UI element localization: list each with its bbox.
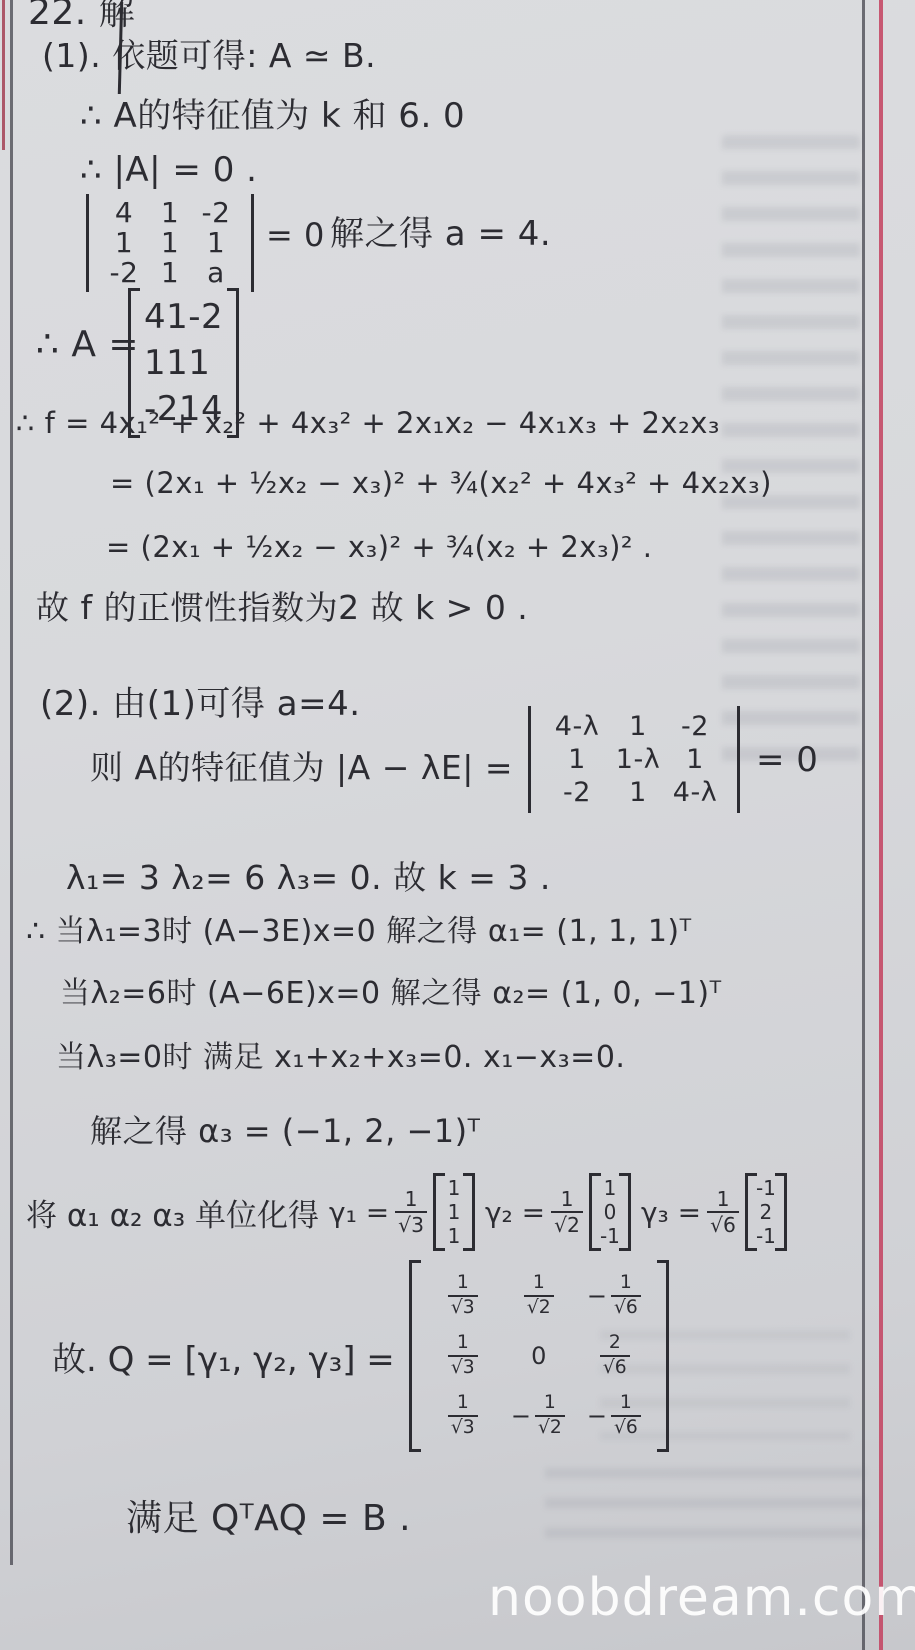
fraction: 1√6: [611, 1394, 641, 1437]
gamma-label: γ₃ =: [641, 1196, 701, 1229]
matrix-cell: -2: [665, 710, 725, 743]
vector-entry: 1: [443, 1176, 465, 1200]
matrix-row: 1√302√6: [425, 1326, 653, 1386]
inertia-conclusion: 故 f 的正惯性指数为2 故 k > 0 .: [36, 582, 528, 629]
matrix-cell: 1: [147, 258, 193, 288]
notebook-page: 22. 解 (1). 依题可得: A ≃ B. ∴ A的特征值为 k 和 6. …: [0, 0, 915, 1650]
step-det-zero: ∴ |A| = 0 .: [80, 150, 257, 190]
matrix-cell: 1√2: [501, 1266, 577, 1326]
final-conclusion: 满足 QᵀAQ = B .: [126, 1490, 411, 1541]
a-equals-label: ∴ A =: [36, 324, 139, 365]
char-poly-intro: 则 A的特征值为 |A − λE| =: [90, 742, 513, 789]
matrix-cell: 1-λ: [611, 743, 665, 776]
vector-entry: -1: [599, 1224, 621, 1248]
right-page-edge-line: [862, 0, 865, 1650]
eigenvalue-results: λ₁= 3 λ₂= 6 λ₃= 0. 故 k = 3 .: [66, 852, 551, 899]
matrix-q: 1√31√2−1√61√302√61√3−1√2−1√6: [409, 1260, 669, 1452]
vector-entry: 2: [755, 1200, 777, 1224]
matrix-row: 11-λ1: [543, 743, 725, 776]
matrix-row: 4-λ1-2: [543, 710, 725, 743]
eigenvector-case2: 当λ₂=6时 (A−6E)x=0 解之得 α₂= (1, 0, −1)ᵀ: [60, 968, 722, 1012]
matrix-cell: 1: [101, 228, 147, 258]
watermark: noobdream.com: [488, 1568, 915, 1628]
matrix-cell: 1: [193, 228, 239, 258]
vector-entry: 1: [443, 1200, 465, 1224]
gamma-label: γ₁ =: [329, 1196, 389, 1229]
column-vector: 10-1: [589, 1173, 631, 1251]
f-complete-square-2: = (2x₁ + ½x₂ − x₃)² + ¾(x₂ + 2x₃)² .: [106, 530, 652, 564]
part2-intro: (2). 由(1)可得 a=4.: [40, 676, 361, 725]
char-poly-equals-zero: = 0: [756, 740, 818, 780]
matrix-cell: 1: [611, 710, 665, 743]
matrix-cell: 1: [166, 343, 188, 383]
matrix-cell: 1: [166, 297, 188, 337]
matrix-cell: 2√6: [577, 1326, 653, 1386]
column-vector: 111: [433, 1173, 475, 1251]
bleed-through-marks: [545, 1468, 865, 1554]
matrix-row: 41-2: [144, 294, 223, 340]
matrix-cell: 1: [611, 776, 665, 809]
fraction: 1√2: [524, 1274, 554, 1317]
matrix-cell: 1: [144, 343, 166, 383]
q-matrix-row: 故. Q = [γ₁, γ₂, γ₃] = 1√31√2−1√61√302√61…: [52, 1258, 669, 1454]
matrix-cell: −1√6: [577, 1266, 653, 1326]
vector-entry: 1: [599, 1176, 621, 1200]
fraction: 1√3: [448, 1334, 478, 1377]
gamma-vector: γ₂ =1√210-1: [485, 1173, 631, 1251]
matrix-cell: -2: [101, 258, 147, 288]
matrix-row: 1√3−1√2−1√6: [425, 1386, 653, 1446]
matrix-cell: 1: [543, 743, 611, 776]
matrix-row: -214-λ: [543, 776, 725, 809]
fraction: 1√3: [395, 1189, 427, 1236]
fraction: 1√2: [551, 1189, 583, 1236]
matrix-cell: 4-λ: [665, 776, 725, 809]
matrix-cell: a: [193, 258, 239, 288]
f-complete-square-1: = (2x₁ + ½x₂ − x₃)² + ¾(x₂² + 4x₃² + 4x₂…: [110, 466, 772, 500]
f-expansion: ∴ f = 4x₁² + x₂² + 4x₃² + 2x₁x₂ − 4x₁x₃ …: [16, 406, 720, 440]
matrix-cell: 4: [101, 198, 147, 228]
matrix-cell: −1√6: [577, 1386, 653, 1446]
alpha3-result: 解之得 α₃ = (−1, 2, −1)ᵀ: [90, 1106, 480, 1152]
matrix-cell: 1√3: [425, 1386, 501, 1446]
fraction: 1√6: [611, 1274, 641, 1317]
step-eigenvalues: ∴ A的特征值为 k 和 6. 0: [80, 88, 465, 137]
vector-entry: 0: [599, 1200, 621, 1224]
matrix-row: 1√31√2−1√6: [425, 1266, 653, 1326]
solve-a: 解之得 a = 4.: [330, 206, 551, 255]
fraction: 1√3: [448, 1274, 478, 1317]
eigenvector-case1: ∴ 当λ₁=3时 (A−3E)x=0 解之得 α₁= (1, 1, 1)ᵀ: [26, 906, 692, 950]
matrix-cell: −1√2: [501, 1386, 577, 1446]
fraction: 1√3: [448, 1394, 478, 1437]
normalize-label: 将 α₁ α₂ α₃ 单位化得: [26, 1190, 319, 1235]
matrix-cell: 4-λ: [543, 710, 611, 743]
matrix-row: 111: [144, 340, 223, 386]
vector-entry: 1: [443, 1224, 465, 1248]
matrix-cell: 1√3: [425, 1266, 501, 1326]
left-red-margin-line: [2, 0, 5, 150]
vector-entry: -1: [755, 1176, 777, 1200]
vector-entry: -1: [755, 1224, 777, 1248]
eigenvector-case3: 当λ₃=0时 满足 x₁+x₂+x₃=0. x₁−x₃=0.: [56, 1032, 625, 1076]
gamma-vectors: γ₁ =1√3111γ₂ =1√210-1γ₃ =1√6-12-1: [319, 1173, 787, 1251]
matrix-cell: -2: [193, 198, 239, 228]
determinant-a: 41-2111-21a: [86, 194, 254, 292]
gamma-vector: γ₃ =1√6-12-1: [641, 1173, 787, 1251]
matrix-cell: -2: [543, 776, 611, 809]
left-page-edge-line: [10, 0, 13, 1565]
matrix-cell: -2: [188, 297, 223, 337]
matrix-row: 41-2: [101, 198, 239, 228]
matrix-cell: 1: [147, 228, 193, 258]
bleed-through-marks: [722, 135, 860, 765]
fraction: 1√6: [707, 1189, 739, 1236]
matrix-cell: 1: [188, 343, 210, 383]
right-red-margin-line: [879, 0, 883, 1650]
gamma-vector: γ₁ =1√3111: [329, 1173, 475, 1251]
column-vector: -12-1: [745, 1173, 787, 1251]
matrix-cell: 0: [501, 1326, 577, 1386]
matrix-cell: 1√3: [425, 1326, 501, 1386]
matrix-cell: 1: [665, 743, 725, 776]
matrix-cell: 1: [147, 198, 193, 228]
fraction: 1√2: [535, 1394, 565, 1437]
determinant-lambda: 4-λ1-211-λ1-214-λ: [528, 706, 740, 813]
normalization-row: 将 α₁ α₂ α₃ 单位化得 γ₁ =1√3111γ₂ =1√210-1γ₃ …: [26, 1162, 787, 1262]
gamma-label: γ₂ =: [485, 1196, 545, 1229]
q-equals-label: 故. Q = [γ₁, γ₂, γ₃] =: [52, 1332, 395, 1381]
matrix-cell: 4: [144, 297, 166, 337]
det-equals-zero: = 0: [266, 216, 325, 254]
matrix-row: -21a: [101, 258, 239, 288]
fraction: 2√6: [600, 1334, 630, 1377]
matrix-row: 111: [101, 228, 239, 258]
step-congruent: (1). 依题可得: A ≃ B.: [42, 30, 376, 77]
